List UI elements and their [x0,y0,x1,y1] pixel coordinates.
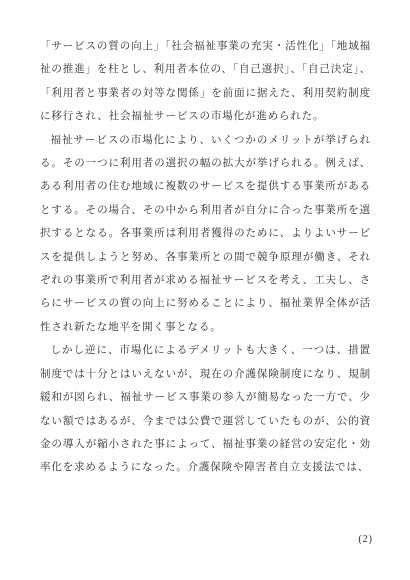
paragraph: 福祉サービスの市場化により、いくつかのメリットが挙げられる。その一つに利用者の選… [40,129,371,340]
page-number: (2) [358,534,373,545]
paragraph: 「サービスの質の向上」「社会福祉事業の充実・活性化」「地域福祉の推進」を柱とし、… [40,35,371,129]
paragraph: しかし逆に、市場化によるデメリットも大きく、一つは、措置制度では十分とはいえない… [40,339,371,479]
document-page: 「サービスの質の向上」「社会福祉事業の充実・活性化」「地域福祉の推進」を柱とし、… [0,0,410,580]
document-body: 「サービスの質の向上」「社会福祉事業の充実・活性化」「地域福祉の推進」を柱とし、… [40,35,371,480]
